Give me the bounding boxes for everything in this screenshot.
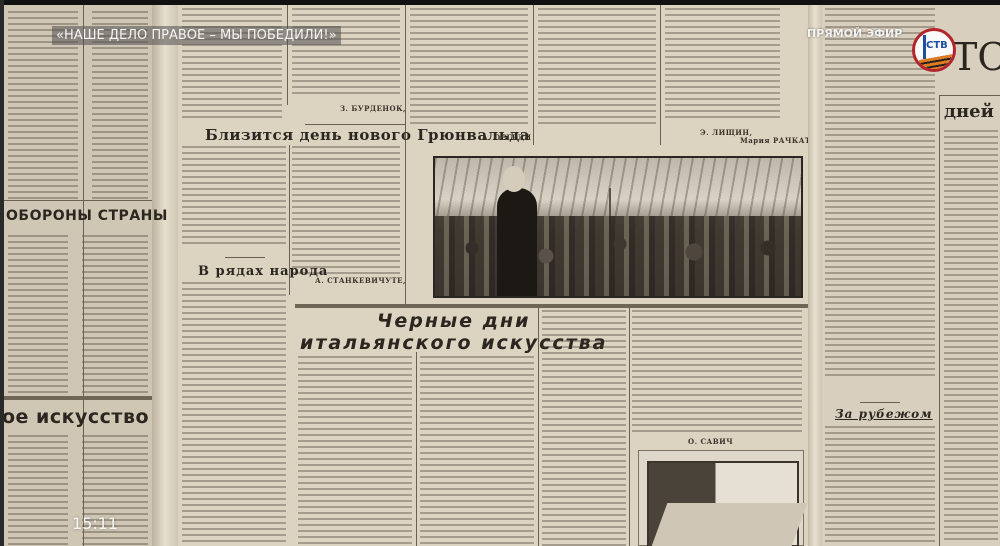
headline-v-ryadah-naroda: В рядах народа <box>198 264 328 279</box>
broadcast-caption: «НАШЕ ДЕЛО ПРАВОЕ – МЫ ПОБЕДИЛИ!» <box>52 26 341 45</box>
newspaper-illustration <box>638 450 804 546</box>
video-frame: Близится день нового Грюнвальда В рядах … <box>0 0 1000 546</box>
live-label: ПРЯМОЙ ЭФИР <box>807 27 902 40</box>
signature: З. БУРДЕНОК, <box>340 104 406 113</box>
headline-iskusstvo: ое искусство <box>2 406 149 428</box>
headline-dney: дней <box>944 101 994 122</box>
channel-logo: СТВ <box>912 28 956 72</box>
signature: О. САВИЧ <box>688 437 733 446</box>
column-divider <box>83 5 84 546</box>
page-gutter <box>808 5 822 546</box>
signature: А. ОЕГЕДИ <box>482 133 532 142</box>
headline-za-rubezhom: За рубежом <box>835 407 933 421</box>
headline-oborony-strany: ОБОРОНЫ СТРАНЫ <box>6 208 168 224</box>
rule <box>4 200 152 201</box>
channel-logo-text: СТВ <box>926 40 948 51</box>
rule <box>295 304 808 308</box>
newspaper-photo-concert <box>433 156 803 298</box>
frame-edge <box>0 0 4 546</box>
newspaper-left-page <box>4 5 152 546</box>
page-gutter <box>152 5 178 546</box>
broadcast-clock: 15:11 <box>72 514 118 533</box>
masthead-fragment: ТС <box>952 35 1000 79</box>
signature: А. СТАНКЕВИЧУТЕ, <box>315 276 406 285</box>
rule <box>4 396 152 400</box>
